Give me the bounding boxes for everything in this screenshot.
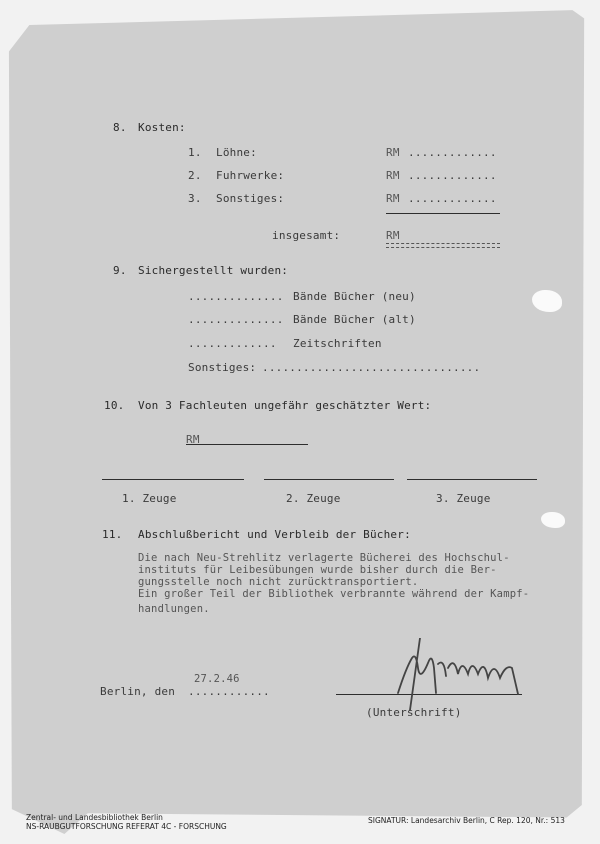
section-11-number: 11.: [102, 528, 122, 541]
cost-item-2-label: Fuhrwerke:: [216, 169, 284, 182]
signature-caption: (Unterschrift): [366, 706, 462, 719]
cost-item-2-currency: RM: [386, 169, 400, 182]
subtotal-underline: [386, 213, 500, 214]
witness-3-signature-line[interactable]: [407, 479, 537, 480]
section-10-number: 10.: [104, 399, 124, 412]
section-8-title: Kosten:: [138, 121, 186, 134]
report-line-3: gungsstelle noch nicht zurücktransportie…: [138, 576, 418, 588]
cost-item-1-currency: RM: [386, 146, 400, 159]
cost-item-3-currency: RM: [386, 192, 400, 205]
punch-hole-bottom: [541, 512, 565, 528]
cost-item-1-label: Löhne:: [216, 146, 257, 159]
signoff-place-label: Berlin, den: [100, 685, 175, 698]
footer-library-name: Zentral- und Landesbibliothek Berlin: [26, 813, 163, 822]
total-label: insgesamt:: [272, 229, 340, 242]
secured-item-1-label: Bände Bücher (neu): [293, 290, 416, 303]
total-currency: RM: [386, 229, 400, 242]
cost-item-1-field[interactable]: .............: [408, 146, 497, 159]
cost-item-2-field[interactable]: .............: [408, 169, 497, 182]
report-line-5: handlungen.: [138, 603, 210, 615]
cost-item-3-field[interactable]: .............: [408, 192, 497, 205]
cost-item-2-number: 2.: [188, 169, 202, 182]
section-9-number: 9.: [113, 264, 127, 277]
section-9-title: Sichergestellt wurden:: [138, 264, 288, 277]
witness-3-label: 3. Zeuge: [436, 492, 491, 505]
signoff-date: 27.2.46: [194, 673, 240, 685]
section-8-number: 8.: [113, 121, 127, 134]
total-double-underline: [386, 243, 500, 248]
section-11-title: Abschlußbericht und Verbleib der Bücher:: [138, 528, 411, 541]
estimated-value-line[interactable]: [186, 444, 308, 445]
secured-item-3-label: Zeitschriften: [293, 337, 382, 350]
witness-1-signature-line[interactable]: [102, 479, 244, 480]
cost-item-1-number: 1.: [188, 146, 202, 159]
cost-item-3-number: 3.: [188, 192, 202, 205]
report-line-2: instituts für Leibesübungen wurde bisher…: [138, 564, 497, 576]
section-10-title: Von 3 Fachleuten ungefähr geschätzter We…: [138, 399, 431, 412]
signoff-date-field[interactable]: ............: [188, 685, 270, 698]
witness-1-label: 1. Zeuge: [122, 492, 177, 505]
secured-other-field[interactable]: ................................: [262, 361, 480, 374]
witness-2-label: 2. Zeuge: [286, 492, 341, 505]
secured-item-2-field[interactable]: ..............: [188, 313, 284, 326]
report-line-1: Die nach Neu-Strehlitz verlagerte Bücher…: [138, 552, 510, 564]
secured-item-3-field[interactable]: .............: [188, 337, 277, 350]
report-line-4: Ein großer Teil der Bibliothek verbrannt…: [138, 588, 529, 600]
footer-signature-reference: SIGNATUR: Landesarchiv Berlin, C Rep. 12…: [368, 816, 565, 825]
secured-item-1-field[interactable]: ..............: [188, 290, 284, 303]
cost-item-3-label: Sonstiges:: [216, 192, 284, 205]
witness-2-signature-line[interactable]: [264, 479, 394, 480]
secured-other-label: Sonstiges:: [188, 361, 256, 374]
secured-item-2-label: Bände Bücher (alt): [293, 313, 416, 326]
footer-department: NS-RAUBGUTFORSCHUNG REFERAT 4C - FORSCHU…: [26, 822, 227, 831]
